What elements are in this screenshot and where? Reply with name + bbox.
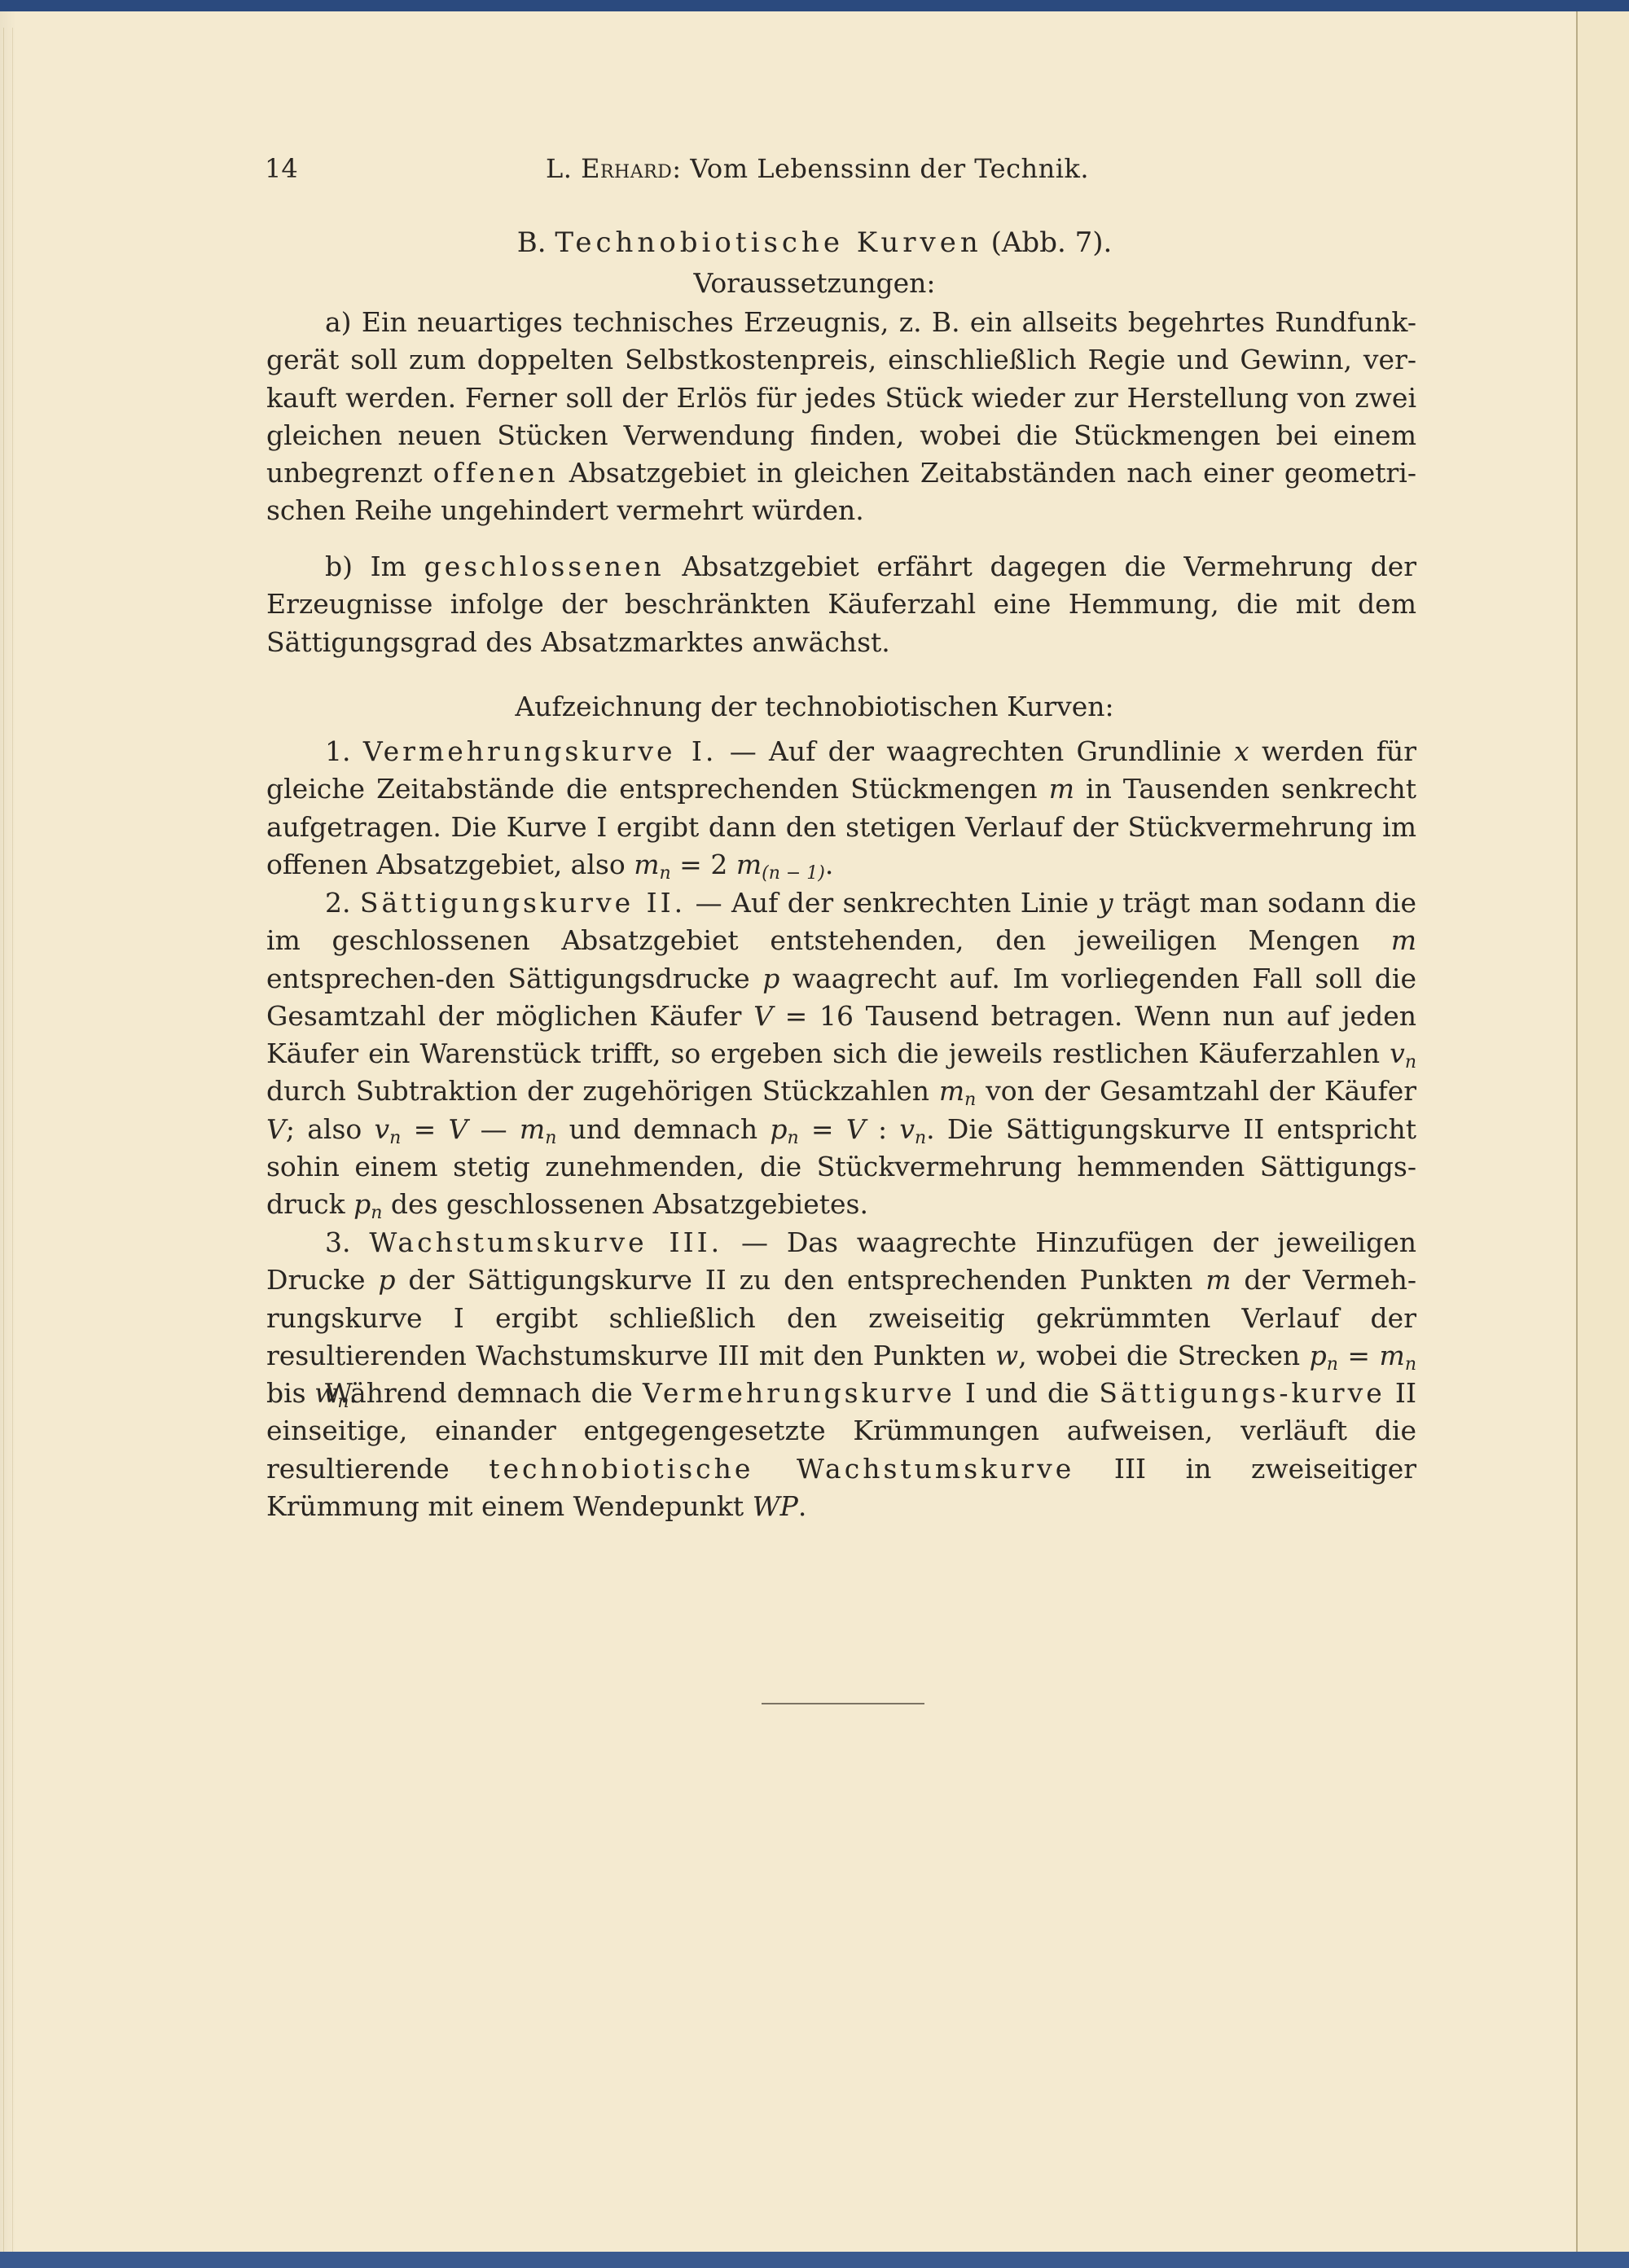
item-1-title: Vermehrungskurve I. bbox=[363, 735, 718, 767]
item-2-title: Sättigungskurve II. bbox=[360, 887, 686, 919]
book-cover-bottom-edge bbox=[0, 2252, 1629, 2268]
adjacent-page-edge bbox=[1576, 11, 1629, 2253]
paragraph-item-1: 1. Vermehrungskurve I. — Auf der waagrec… bbox=[266, 733, 1416, 884]
paragraph-a: a) Ein neuartiges technisches Erzeugnis,… bbox=[266, 304, 1416, 530]
paragraph-item-2: 2. Sättigungskurve II. — Auf der senkrec… bbox=[266, 884, 1416, 1224]
figure-reference: (Abb. 7). bbox=[991, 226, 1113, 259]
running-header-separator: : bbox=[672, 153, 681, 184]
running-header-author: L. Erhard bbox=[546, 153, 672, 184]
paragraph-b: b) Im geschlossenen Absatzgebiet erfährt… bbox=[266, 548, 1416, 661]
section-end-rule bbox=[762, 1703, 924, 1704]
running-header: L. Erhard: Vom Lebenssinn der Technik. bbox=[546, 153, 1089, 184]
page-number: 14 bbox=[265, 153, 298, 184]
paragraph-conclusion: Während demnach die Vermehrungskurve I u… bbox=[266, 1375, 1416, 1525]
running-header-title: Vom Lebenssinn der Technik. bbox=[690, 153, 1089, 184]
prerequisites-heading: Voraussetzungen: bbox=[0, 267, 1629, 299]
section-title: Technobiotische Kurven bbox=[555, 226, 981, 259]
item-3-title: Wachstumskurve III. bbox=[369, 1226, 722, 1258]
drawing-heading: Aufzeichnung der technobiotischen Kurven… bbox=[0, 691, 1629, 722]
section-heading: B. Technobiotische Kurven (Abb. 7). bbox=[0, 226, 1629, 259]
page-stack-left-edge bbox=[3, 28, 13, 2259]
